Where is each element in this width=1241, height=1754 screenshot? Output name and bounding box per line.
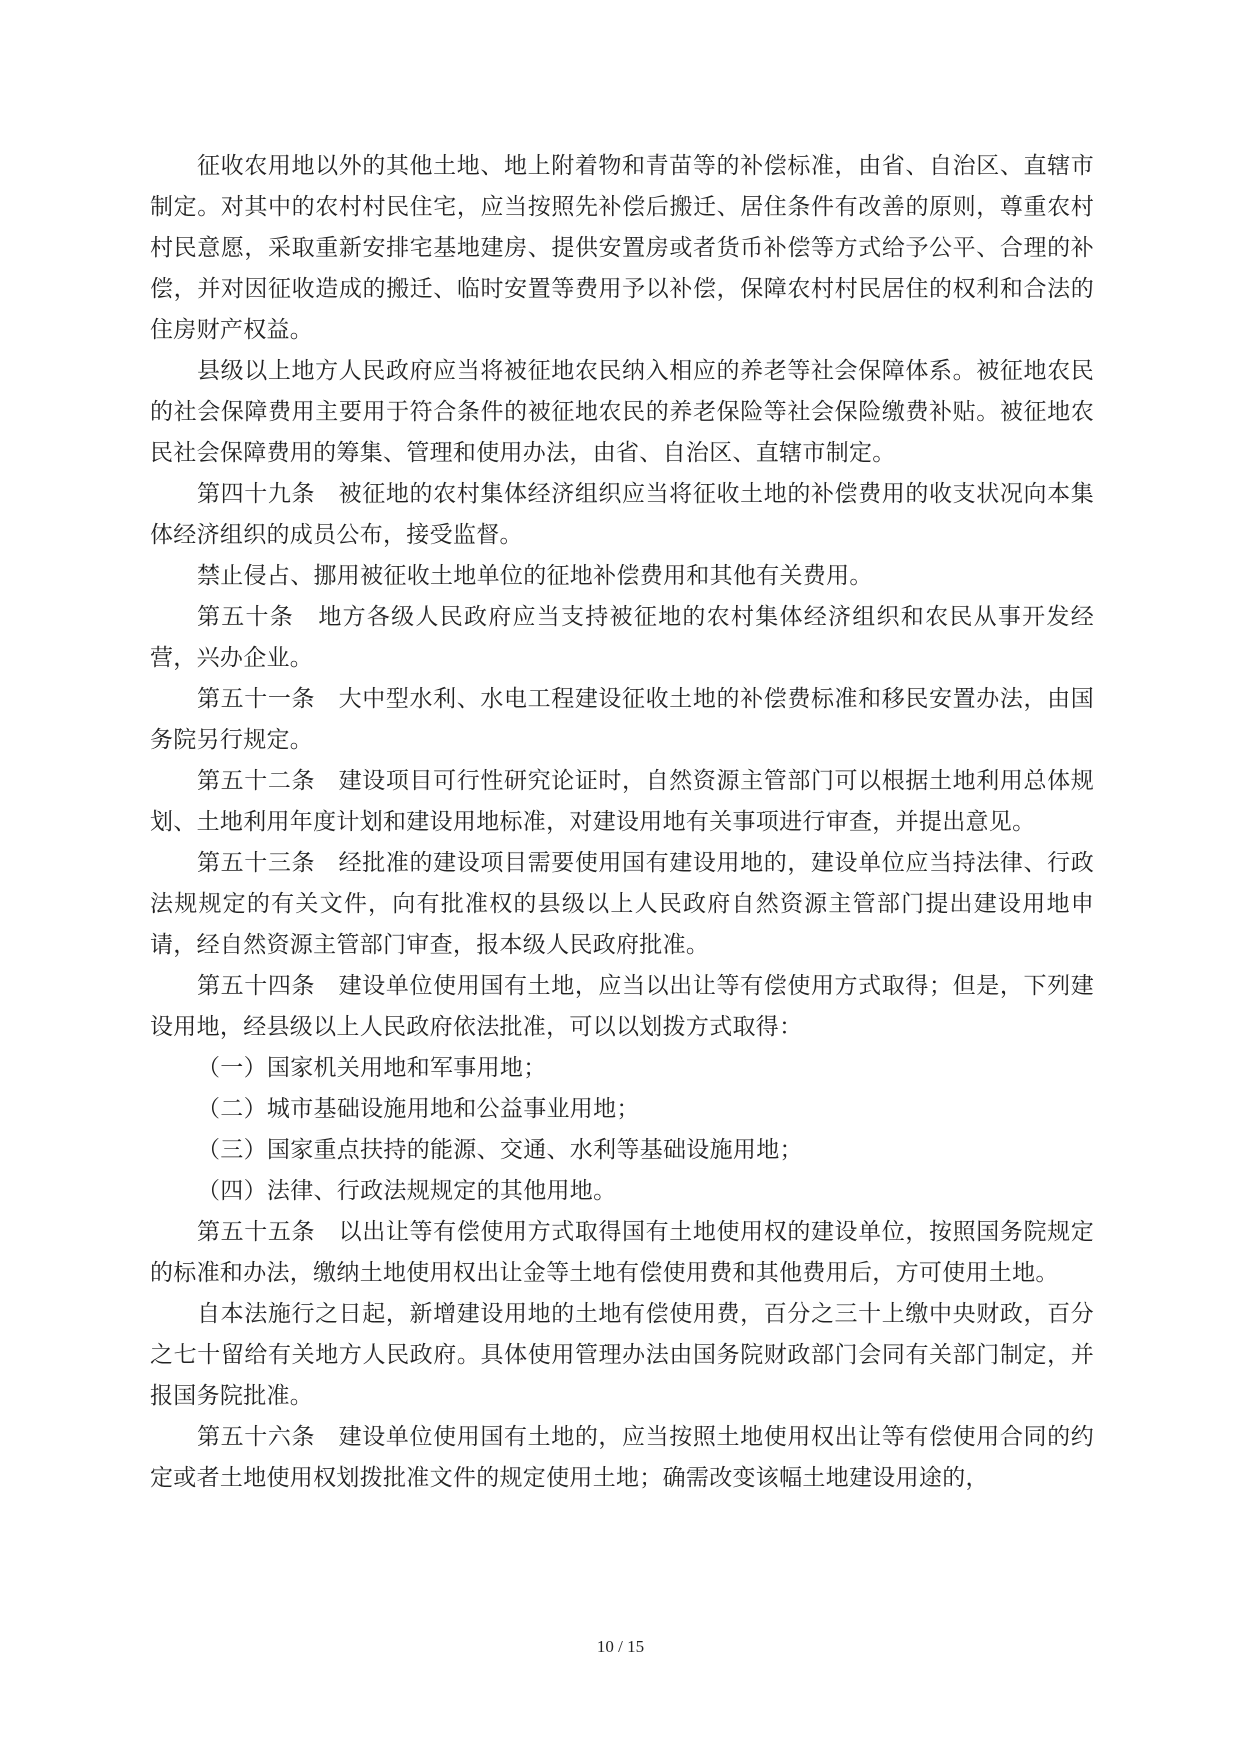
article-51-paragraph: 第五十一条 大中型水利、水电工程建设征收土地的补偿费标准和移民安置办法，由国务院… (150, 679, 1094, 761)
list-item: （二）城市基础设施用地和公益事业用地； (150, 1089, 1094, 1130)
list-item: （一）国家机关用地和军事用地； (150, 1048, 1094, 1089)
article-53-paragraph: 第五十三条 经批准的建设项目需要使用国有建设用地的，建设单位应当持法律、行政法规… (150, 843, 1094, 966)
article-56-paragraph: 第五十六条 建设单位使用国有土地的，应当按照土地使用权出让等有偿使用合同的约定或… (150, 1417, 1094, 1499)
paragraph: 禁止侵占、挪用被征收土地单位的征地补偿费用和其他有关费用。 (150, 556, 1094, 597)
page-number: 10 / 15 (0, 1637, 1241, 1657)
document-body: 征收农用地以外的其他土地、地上附着物和青苗等的补偿标准，由省、自治区、直辖市制定… (150, 146, 1094, 1499)
paragraph: 征收农用地以外的其他土地、地上附着物和青苗等的补偿标准，由省、自治区、直辖市制定… (150, 146, 1094, 351)
article-52-paragraph: 第五十二条 建设项目可行性研究论证时，自然资源主管部门可以根据土地利用总体规划、… (150, 761, 1094, 843)
list-item: （四）法律、行政法规规定的其他用地。 (150, 1171, 1094, 1212)
paragraph: 自本法施行之日起，新增建设用地的土地有偿使用费，百分之三十上缴中央财政，百分之七… (150, 1294, 1094, 1417)
article-50-paragraph: 第五十条 地方各级人民政府应当支持被征地的农村集体经济组织和农民从事开发经营，兴… (150, 597, 1094, 679)
article-54-paragraph: 第五十四条 建设单位使用国有土地，应当以出让等有偿使用方式取得；但是，下列建设用… (150, 966, 1094, 1048)
paragraph: 县级以上地方人民政府应当将被征地农民纳入相应的养老等社会保障体系。被征地农民的社… (150, 351, 1094, 474)
article-49-paragraph: 第四十九条 被征地的农村集体经济组织应当将征收土地的补偿费用的收支状况向本集体经… (150, 474, 1094, 556)
article-55-paragraph: 第五十五条 以出让等有偿使用方式取得国有土地使用权的建设单位，按照国务院规定的标… (150, 1212, 1094, 1294)
list-item: （三）国家重点扶持的能源、交通、水利等基础设施用地； (150, 1130, 1094, 1171)
document-page: 征收农用地以外的其他土地、地上附着物和青苗等的补偿标准，由省、自治区、直辖市制定… (0, 0, 1241, 1754)
